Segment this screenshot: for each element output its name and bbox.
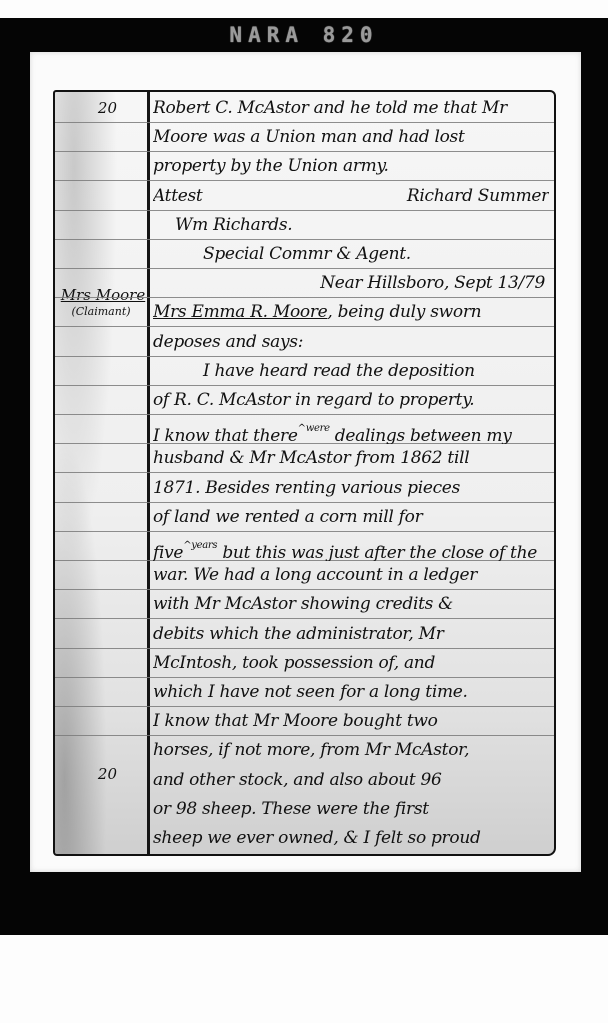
handwritten-line: horses, if not more, from Mr McAstor, [153, 735, 549, 765]
handwritten-line: I have heard read the deposition [153, 356, 556, 386]
ledger-ruled-area: 20 Mrs Moore (Claimant) 20 Robert C. McA… [53, 90, 556, 856]
attest-label: Attest [153, 181, 202, 211]
handwritten-line: deposes and says: [153, 327, 549, 357]
margin-page-number-top: 20 [55, 93, 117, 123]
deponent-name: Mrs Emma R. Moore [153, 302, 327, 322]
handwritten-line: property by the Union army. [153, 151, 549, 181]
handwritten-line: Mrs Emma R. Moore, being duly sworn [153, 297, 549, 327]
viewer-top-bar [0, 0, 608, 19]
interlinear-insertion: ^were [298, 423, 330, 434]
handwritten-line: Special Commr & Agent. [153, 239, 556, 269]
handwritten-line: which I have not seen for a long time. [153, 677, 549, 707]
handwritten-line: or 98 sheep. These were the first [153, 794, 549, 824]
signature: Richard Summer [407, 181, 549, 211]
handwritten-line: husband & Mr McAstor from 1862 till [153, 443, 549, 473]
handwritten-line: war. We had a long account in a ledger [153, 560, 549, 590]
handwritten-line: of R. C. McAstor in regard to property. [153, 385, 549, 415]
margin-claimant-name: Mrs Moore [57, 286, 149, 304]
handwritten-line: five^years but this was just after the c… [153, 531, 549, 561]
handwritten-line: Near Hillsboro, Sept 13/79 [153, 268, 545, 298]
handwritten-line: I know that Mr Moore bought two [153, 706, 549, 736]
handwritten-line: 1871. Besides renting various pieces [153, 473, 549, 503]
handwritten-line: Wm Richards. [153, 210, 556, 240]
handwritten-line: AttestRichard Summer [153, 181, 549, 211]
handwritten-line: Moore was a Union man and had lost [153, 122, 549, 152]
reel-label: NARA 820 [0, 19, 608, 51]
handwritten-line: I know that there^were dealings between … [153, 414, 549, 444]
handwritten-line: of land we rented a corn mill for [153, 502, 549, 532]
handwritten-line: debits which the administrator, Mr [153, 619, 549, 649]
margin-page-number-bottom: 20 [55, 759, 117, 789]
handwritten-line: sheep we ever owned, & I felt so proud [153, 823, 549, 853]
handwritten-line: Robert C. McAstor and he told me that Mr [153, 93, 549, 123]
margin-claimant-role: (Claimant) [55, 305, 147, 319]
interlinear-insertion: ^years [183, 540, 217, 551]
handwritten-line: McIntosh, took possession of, and [153, 648, 549, 678]
viewer-bottom-bar [0, 935, 608, 1023]
handwritten-line: and other stock, and also about 96 [153, 765, 549, 795]
handwritten-line: with Mr McAstor showing credits & [153, 589, 549, 619]
